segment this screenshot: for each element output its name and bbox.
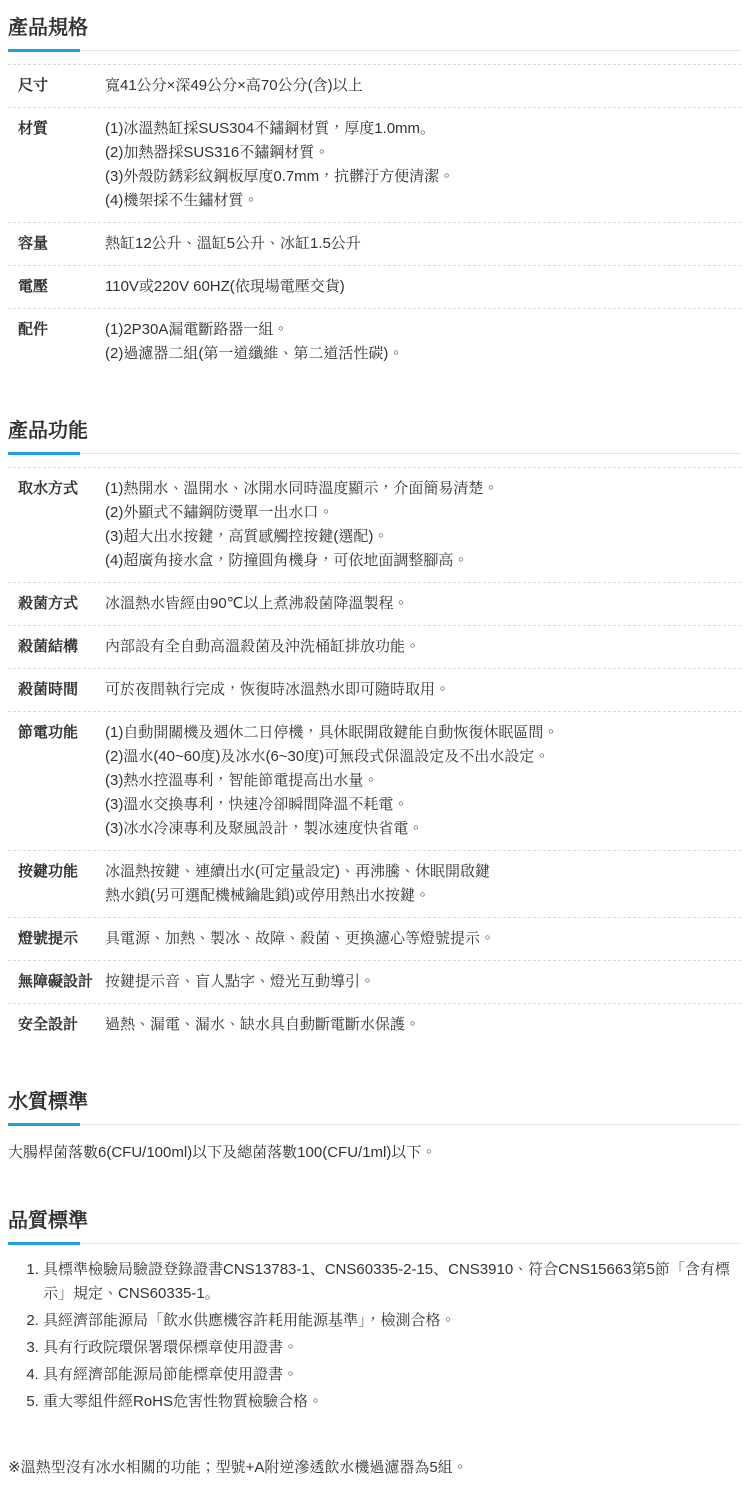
feature-row-indicator-lights: 燈號提示 具電源、加熱、製冰、故障、殺菌、更換濾心等燈號提示。 [8,917,741,960]
feature-value-line: (1)自動開關機及週休二日停機，具休眠開啟鍵能自動恢復休眠區間。 [105,721,741,745]
section-title-quality-standard: 品質標準 [8,1207,741,1244]
spec-value-line: 熱缸12公升、溫缸5公升、冰缸1.5公升 [105,232,741,256]
spec-row-value: (1)冰溫熱缸採SUS304不鏽鋼材質，厚度1.0mm。 (2)加熱器採SUS3… [105,117,741,213]
feature-row-label: 安全設計 [8,1013,105,1037]
spec-row-accessories: 配件 (1)2P30A漏電斷路器一組。 (2)過濾器二組(第一道纖維、第二道活性… [8,308,741,375]
spec-row-label: 容量 [8,232,105,256]
feature-row-label: 燈號提示 [8,927,105,951]
feature-row-value: 冰溫熱水皆經由90℃以上煮沸殺菌降溫製程。 [105,592,741,616]
feature-row-safety: 安全設計 過熱、漏電、漏水、缺水具自動斷電斷水保護。 [8,1003,741,1046]
feature-row-value: 可於夜間執行完成，恢復時冰溫熱水即可隨時取用。 [105,678,741,702]
feature-value-line: 按鍵提示音、盲人點字、燈光互動導引。 [105,970,741,994]
feature-row-sterilize-structure: 殺菌結構 內部設有全自動高溫殺菌及沖洗桶缸排放功能。 [8,625,741,668]
feature-row-buttons: 按鍵功能 冰溫熱按鍵、連續出水(可定量設定)、再沸騰、休眠開啟鍵 熱水鎖(另可選… [8,850,741,917]
product-detail-page: 產品規格 尺寸 寬41公分×深49公分×高70公分(含)以上 材質 (1)冰溫熱… [0,0,751,1500]
feature-row-value: 過熱、漏電、漏水、缺水具自動斷電斷水保護。 [105,1013,741,1037]
water-quality-text: 大腸桿菌落數6(CFU/100ml)以下及總菌落數100(CFU/1ml)以下。 [8,1141,741,1165]
spec-row-material: 材質 (1)冰溫熱缸採SUS304不鏽鋼材質，厚度1.0mm。 (2)加熱器採S… [8,107,741,222]
feature-row-label: 按鍵功能 [8,860,105,908]
section-quality-standard: 品質標準 具標準檢驗局驗證登錄證書CNS13783-1、CNS60335-2-1… [8,1207,741,1414]
spec-row-value: (1)2P30A漏電斷路器一組。 (2)過濾器二組(第一道纖維、第二道活性碳)。 [105,318,741,366]
feature-row-value: 具電源、加熱、製冰、故障、殺菌、更換濾心等燈號提示。 [105,927,741,951]
title-accent-bar [8,49,80,52]
quality-standard-list: 具標準檢驗局驗證登錄證書CNS13783-1、CNS60335-2-15、CNS… [8,1258,741,1414]
feature-value-line: (1)熱開水、溫開水、冰開水同時溫度顯示，介面簡易清楚。 [105,477,741,501]
quality-list-item: 具有行政院環保署環保標章使用證書。 [43,1336,741,1360]
feature-row-water-dispense: 取水方式 (1)熱開水、溫開水、冰開水同時溫度顯示，介面簡易清楚。 (2)外顯式… [8,467,741,582]
feature-value-line: (3)溫水交換專利，快速冷卻瞬間降溫不耗電。 [105,793,741,817]
spec-value-line: (3)外殼防銹彩紋鋼板厚度0.7mm，抗髒汙方便清潔。 [105,165,741,189]
section-product-spec: 產品規格 尺寸 寬41公分×深49公分×高70公分(含)以上 材質 (1)冰溫熱… [8,14,741,375]
spec-value-line: (4)機架採不生鏽材質。 [105,189,741,213]
feature-value-line: 可於夜間執行完成，恢復時冰溫熱水即可隨時取用。 [105,678,741,702]
feature-value-line: (3)冰水冷凍專利及聚風設計，製冰速度快省電。 [105,817,741,841]
section-title-text: 品質標準 [8,1210,88,1232]
section-title-product-features: 產品功能 [8,417,741,454]
footnote-text: ※溫熱型沒有冰水相關的功能；型號+A附逆滲透飲水機過濾器為5組。 [8,1456,741,1480]
section-water-quality: 水質標準 大腸桿菌落數6(CFU/100ml)以下及總菌落數100(CFU/1m… [8,1088,741,1165]
spec-row-value: 熱缸12公升、溫缸5公升、冰缸1.5公升 [105,232,741,256]
spec-row-capacity: 容量 熱缸12公升、溫缸5公升、冰缸1.5公升 [8,222,741,265]
feature-value-line: 冰溫熱按鍵、連續出水(可定量設定)、再沸騰、休眠開啟鍵 [105,860,741,884]
feature-value-line: (2)外顯式不鏽鋼防燙單一出水口。 [105,501,741,525]
feature-value-line: 內部設有全自動高溫殺菌及沖洗桶缸排放功能。 [105,635,741,659]
feature-value-line: 熱水鎖(另可選配機械鑰匙鎖)或停用熱出水按鍵。 [105,884,741,908]
feature-row-sterilize-method: 殺菌方式 冰溫熱水皆經由90℃以上煮沸殺菌降溫製程。 [8,582,741,625]
title-accent-bar [8,452,80,455]
feature-row-value: (1)熱開水、溫開水、冰開水同時溫度顯示，介面簡易清楚。 (2)外顯式不鏽鋼防燙… [105,477,741,573]
feature-row-value: 內部設有全自動高溫殺菌及沖洗桶缸排放功能。 [105,635,741,659]
spec-value-line: 110V或220V 60HZ(依現場電壓交貨) [105,275,741,299]
spec-value-line: (1)2P30A漏電斷路器一組。 [105,318,741,342]
title-accent-bar [8,1242,80,1245]
feature-row-accessibility: 無障礙設計 按鍵提示音、盲人點字、燈光互動導引。 [8,960,741,1003]
spec-row-label: 電壓 [8,275,105,299]
spec-row-value: 110V或220V 60HZ(依現場電壓交貨) [105,275,741,299]
section-product-features: 產品功能 取水方式 (1)熱開水、溫開水、冰開水同時溫度顯示，介面簡易清楚。 (… [8,417,741,1046]
feature-row-label: 節電功能 [8,721,105,841]
spec-row-label: 尺寸 [8,74,105,98]
feature-row-value: 按鍵提示音、盲人點字、燈光互動導引。 [105,970,741,994]
feature-value-line: 冰溫熱水皆經由90℃以上煮沸殺菌降溫製程。 [105,592,741,616]
feature-row-label: 殺菌時間 [8,678,105,702]
section-title-text: 產品功能 [8,420,88,442]
spec-row-label: 材質 [8,117,105,213]
feature-row-label: 無障礙設計 [8,970,105,994]
spec-row-dimensions: 尺寸 寬41公分×深49公分×高70公分(含)以上 [8,64,741,107]
feature-row-label: 殺菌結構 [8,635,105,659]
section-title-water-quality: 水質標準 [8,1088,741,1125]
feature-row-label: 殺菌方式 [8,592,105,616]
spec-row-label: 配件 [8,318,105,366]
quality-list-item: 具標準檢驗局驗證登錄證書CNS13783-1、CNS60335-2-15、CNS… [43,1258,741,1306]
spec-value-line: (2)過濾器二組(第一道纖維、第二道活性碳)。 [105,342,741,366]
quality-list-item: 重大零組件經RoHS危害性物質檢驗合格。 [43,1390,741,1414]
spec-value-line: (2)加熱器採SUS316不鏽鋼材質。 [105,141,741,165]
section-title-product-spec: 產品規格 [8,14,741,51]
section-title-text: 產品規格 [8,17,88,39]
feature-row-sterilize-time: 殺菌時間 可於夜間執行完成，恢復時冰溫熱水即可隨時取用。 [8,668,741,711]
feature-row-value: 冰溫熱按鍵、連續出水(可定量設定)、再沸騰、休眠開啟鍵 熱水鎖(另可選配機械鑰匙… [105,860,741,908]
spec-row-voltage: 電壓 110V或220V 60HZ(依現場電壓交貨) [8,265,741,308]
feature-value-line: (4)超廣角接水盒，防撞圓角機身，可依地面調整腳高。 [105,549,741,573]
spec-rows: 尺寸 寬41公分×深49公分×高70公分(含)以上 材質 (1)冰溫熱缸採SUS… [8,64,741,375]
feature-value-line: (3)熱水控溫專利，智能節電提高出水量。 [105,769,741,793]
quality-list-item: 具有經濟部能源局節能標章使用證書。 [43,1363,741,1387]
spec-value-line: 寬41公分×深49公分×高70公分(含)以上 [105,74,741,98]
feature-row-label: 取水方式 [8,477,105,573]
section-title-text: 水質標準 [8,1091,88,1113]
feature-value-line: 過熱、漏電、漏水、缺水具自動斷電斷水保護。 [105,1013,741,1037]
feature-value-line: (3)超大出水按鍵，高質感觸控按鍵(選配)。 [105,525,741,549]
feature-row-value: (1)自動開關機及週休二日停機，具休眠開啟鍵能自動恢復休眠區間。 (2)溫水(4… [105,721,741,841]
spec-value-line: (1)冰溫熱缸採SUS304不鏽鋼材質，厚度1.0mm。 [105,117,741,141]
feature-value-line: (2)溫水(40~60度)及冰水(6~30度)可無段式保溫設定及不出水設定。 [105,745,741,769]
feature-value-line: 具電源、加熱、製冰、故障、殺菌、更換濾心等燈號提示。 [105,927,741,951]
feature-row-power-saving: 節電功能 (1)自動開關機及週休二日停機，具休眠開啟鍵能自動恢復休眠區間。 (2… [8,711,741,850]
quality-list-item: 具經濟部能源局「飲水供應機容許耗用能源基準」，檢測合格。 [43,1309,741,1333]
feature-rows: 取水方式 (1)熱開水、溫開水、冰開水同時溫度顯示，介面簡易清楚。 (2)外顯式… [8,467,741,1046]
title-accent-bar [8,1123,80,1126]
spec-row-value: 寬41公分×深49公分×高70公分(含)以上 [105,74,741,98]
